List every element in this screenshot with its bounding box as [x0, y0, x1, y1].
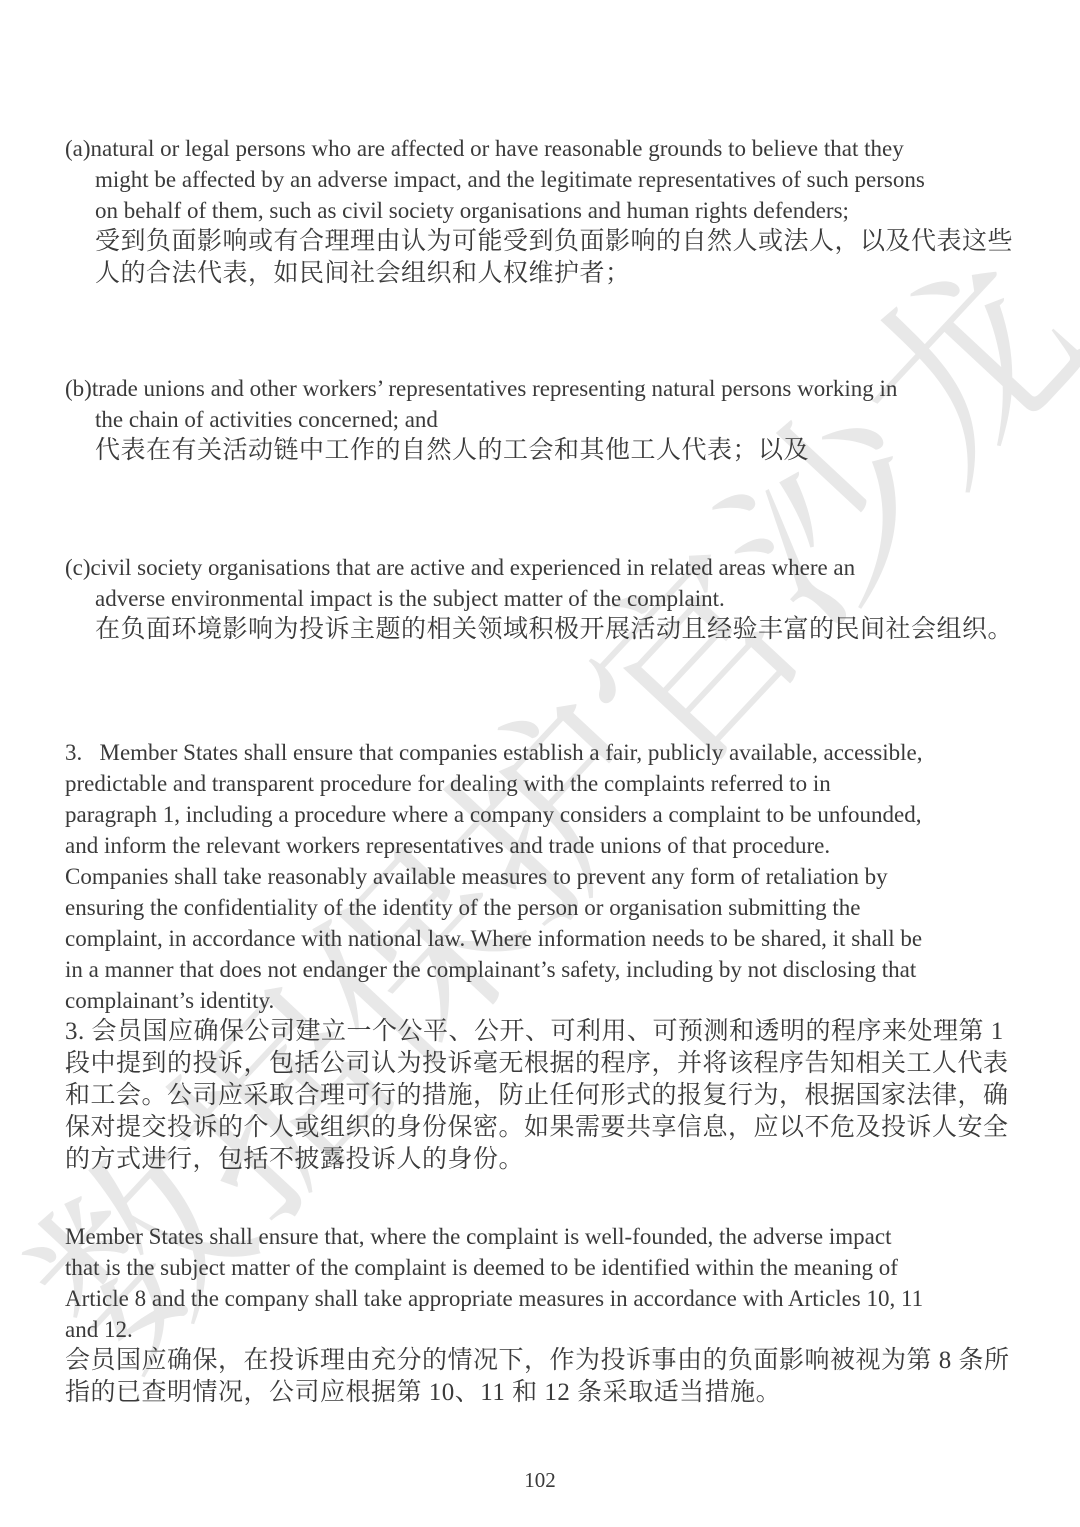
text-line: adverse environmental impact is the subj…: [95, 583, 1025, 614]
text-line: and 12.: [65, 1314, 1025, 1345]
item-b-english: (b)trade unions and other workers’ repre…: [65, 373, 1025, 435]
paragraph-4: Member States shall ensure that, where t…: [65, 1221, 1025, 1409]
text-line: Companies shall take reasonably availabl…: [65, 861, 1025, 892]
text-line: 3. 会员国应确保公司建立一个公平、公开、可利用、可预测和透明的程序来处理第 1: [65, 1016, 1025, 1048]
text-line: (c)civil society organisations that are …: [65, 552, 1025, 583]
text-line: 保对提交投诉的个人或组织的身份保密。如果需要共享信息，应以不危及投诉人安全: [65, 1112, 1025, 1144]
item-a-chinese: 受到负面影响或有合理理由认为可能受到负面影响的自然人或法人，以及代表这些 人的合…: [65, 226, 1025, 290]
text-line: might be affected by an adverse impact, …: [95, 164, 1025, 195]
page-content: (a)natural or legal persons who are affe…: [0, 0, 1080, 1409]
text-line: and inform the relevant workers represen…: [65, 830, 1025, 861]
text-line: (a)natural or legal persons who are affe…: [65, 133, 1025, 164]
text-line: 的方式进行，包括不披露投诉人的身份。: [65, 1144, 1025, 1176]
text-line: predictable and transparent procedure fo…: [65, 768, 1025, 799]
text-line: 在负面环境影响为投诉主题的相关领域积极开展活动且经验丰富的民间社会组织。: [95, 614, 1025, 646]
text-line: 3. Member States shall ensure that compa…: [65, 737, 1025, 768]
paragraph-3: 3. Member States shall ensure that compa…: [65, 737, 1025, 1176]
text-line: Member States shall ensure that, where t…: [65, 1221, 1025, 1252]
text-line: 会员国应确保，在投诉理由充分的情况下，作为投诉事由的负面影响被视为第 8 条所: [65, 1345, 1025, 1377]
text-line: paragraph 1, including a procedure where…: [65, 799, 1025, 830]
text-line: 和工会。公司应采取合理可行的措施，防止任何形式的报复行为，根据国家法律，确: [65, 1080, 1025, 1112]
paragraph-3-chinese: 3. 会员国应确保公司建立一个公平、公开、可利用、可预测和透明的程序来处理第 1…: [65, 1016, 1025, 1176]
paragraph-4-chinese: 会员国应确保，在投诉理由充分的情况下，作为投诉事由的负面影响被视为第 8 条所 …: [65, 1345, 1025, 1409]
text-line: 指的已查明情况，公司应根据第 10、11 和 12 条采取适当措施。: [65, 1377, 1025, 1409]
document-page: 数据保护官沙龙 (a)natural or legal persons who …: [0, 0, 1080, 1527]
paragraph-3-english: 3. Member States shall ensure that compa…: [65, 737, 1025, 1016]
list-item-b: (b)trade unions and other workers’ repre…: [65, 373, 1025, 467]
text-line: ensuring the confidentiality of the iden…: [65, 892, 1025, 923]
text-line: (b)trade unions and other workers’ repre…: [65, 373, 1025, 404]
item-c-chinese: 在负面环境影响为投诉主题的相关领域积极开展活动且经验丰富的民间社会组织。: [65, 614, 1025, 646]
item-c-english: (c)civil society organisations that are …: [65, 552, 1025, 614]
item-a-english: (a)natural or legal persons who are affe…: [65, 133, 1025, 226]
text-line: 受到负面影响或有合理理由认为可能受到负面影响的自然人或法人，以及代表这些: [95, 226, 1025, 258]
text-line: 代表在有关活动链中工作的自然人的工会和其他工人代表；以及: [95, 435, 1025, 467]
text-line: on behalf of them, such as civil society…: [95, 195, 1025, 226]
list-item-a: (a)natural or legal persons who are affe…: [65, 133, 1025, 290]
text-line: Article 8 and the company shall take app…: [65, 1283, 1025, 1314]
text-line: 人的合法代表，如民间社会组织和人权维护者；: [95, 258, 1025, 290]
paragraph-4-english: Member States shall ensure that, where t…: [65, 1221, 1025, 1345]
text-line: 段中提到的投诉，包括公司认为投诉毫无根据的程序，并将该程序告知相关工人代表: [65, 1048, 1025, 1080]
text-line: that is the subject matter of the compla…: [65, 1252, 1025, 1283]
item-b-chinese: 代表在有关活动链中工作的自然人的工会和其他工人代表；以及: [65, 435, 1025, 467]
page-number: 102: [0, 1468, 1080, 1493]
text-line: the chain of activities concerned; and: [95, 404, 1025, 435]
list-item-c: (c)civil society organisations that are …: [65, 552, 1025, 646]
text-line: complainant’s identity.: [65, 985, 1025, 1016]
text-line: complaint, in accordance with national l…: [65, 923, 1025, 954]
text-line: in a manner that does not endanger the c…: [65, 954, 1025, 985]
